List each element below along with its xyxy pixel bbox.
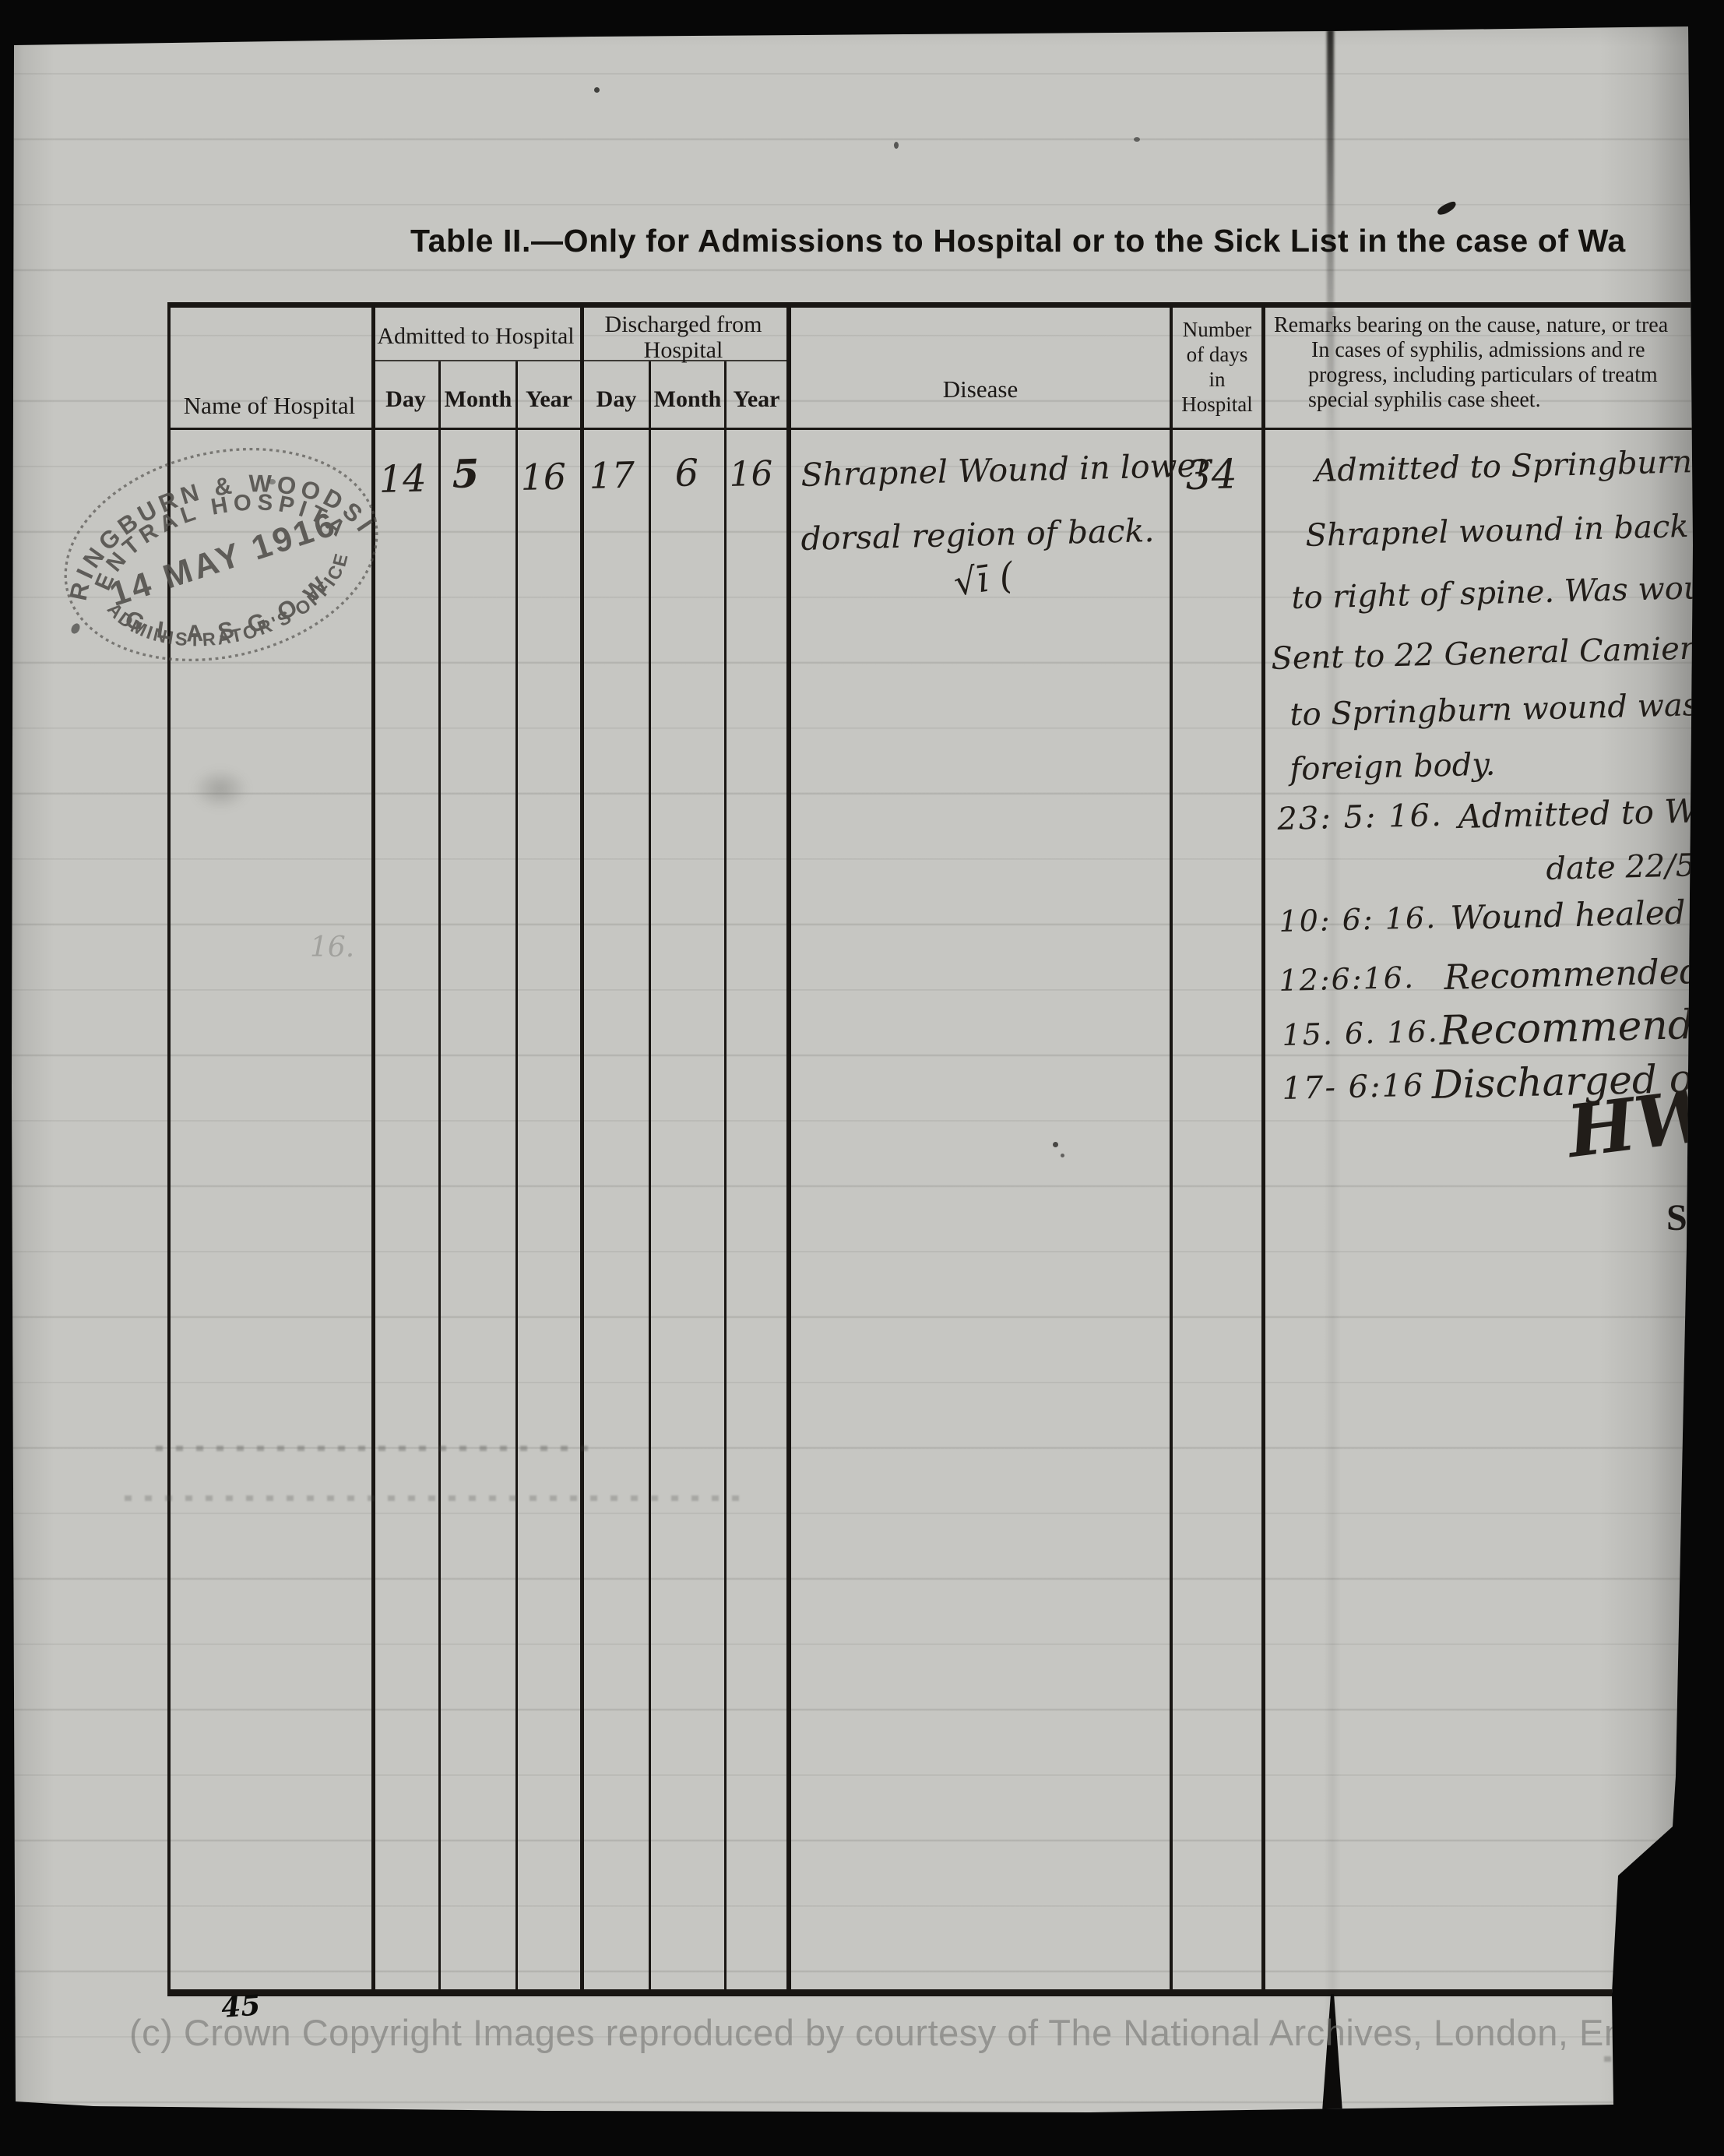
ink-speck — [1134, 137, 1140, 142]
admitted-day-value: 14 — [378, 460, 427, 498]
ink-speck — [894, 142, 899, 149]
header-admitted-group: Admitted to Hospital — [373, 323, 579, 350]
dust-speckle-row — [125, 1495, 748, 1501]
header-discharged-group-line1: Discharged from — [582, 312, 785, 338]
ink-speck — [269, 479, 276, 484]
remark-line-11: Recommended — [1439, 1003, 1724, 1052]
col-line-dis-month-year — [724, 361, 727, 1992]
surgeon-signature: HW — [1564, 1079, 1719, 1168]
stain-smudge — [192, 768, 249, 810]
admitted-year-value: 16 — [520, 459, 567, 495]
discharged-month-value: 6 — [674, 454, 699, 492]
header-dis-month: Month — [651, 386, 724, 413]
scanned-document: Table II.—Only for Admissions to Hospita… — [0, 0, 1724, 2156]
discharged-year-value: 16 — [729, 457, 773, 492]
remark-line-10: Recommended for — [1444, 953, 1724, 995]
remark-line-6: foreign body. — [1289, 749, 1496, 785]
col-line-adm-month-year — [515, 361, 518, 1992]
remark-line-8: date 22/5/16. — [1546, 848, 1724, 885]
fold-crease-middle — [1324, 312, 1341, 2025]
header-days-line3: in — [1173, 368, 1261, 392]
header-dis-day: Day — [584, 386, 649, 413]
header-discharged-group-line2: Hospital — [582, 337, 785, 364]
ink-speck — [1053, 1142, 1058, 1147]
remark-line-3: to right of spine. Was wou — [1291, 572, 1704, 614]
copyright-watermark: (c) Crown Copyright Images reproduced by… — [129, 2011, 1716, 2054]
header-adm-day: Day — [373, 386, 438, 413]
discharged-day-value: 17 — [589, 457, 635, 494]
admitted-month-value: 5 — [452, 454, 480, 494]
remark-line-7: Admitted to Wa — [1458, 794, 1715, 833]
ghost-writing: 16. — [310, 932, 354, 964]
dust-speckle-row — [1604, 2056, 1690, 2062]
remark-date-11: 15. 6. 16. — [1282, 1016, 1439, 1050]
ink-speck — [594, 87, 600, 93]
remark-line-5: to Springburn wound was dise — [1289, 688, 1724, 731]
remark-date-9: 10: 6: 16. — [1279, 903, 1437, 936]
hospital-stamp: SPRINGBURN & WOODSIDE CENTRAL HOSPITAL 1… — [30, 406, 413, 704]
col-line-disease-days — [1170, 304, 1173, 1992]
header-remarks-line4: special syphilis case sheet. — [1308, 388, 1541, 413]
header-remarks-line3: progress, including particulars of treat… — [1308, 363, 1658, 388]
ink-speck — [1436, 200, 1458, 217]
col-line-adm-day-month — [438, 361, 441, 1992]
header-adm-year: Year — [518, 386, 580, 413]
header-days-line2: of days — [1173, 343, 1261, 367]
remark-line-2: Shrapnel wound in back ( t — [1305, 510, 1724, 551]
col-line-admitted-discharged — [580, 304, 584, 1992]
header-disease: Disease — [791, 375, 1170, 403]
days-in-hospital-value: 34 — [1185, 454, 1237, 496]
remark-date-10: 12:6:16. — [1279, 963, 1415, 995]
col-line-dis-day-month — [649, 361, 651, 1992]
remark-line-9: Wound healed : — [1450, 896, 1707, 935]
disease-line1: Shrapnel Wound in lower — [800, 449, 1212, 491]
remark-date-12: 17- 6:16 — [1282, 1070, 1425, 1104]
header-dis-year: Year — [727, 386, 786, 413]
page-title: Table II.—Only for Admissions to Hospita… — [410, 223, 1626, 259]
disease-line2: dorsal region of back. — [800, 515, 1155, 555]
col-line-days-remarks — [1261, 304, 1265, 1992]
remark-line-1: Admitted to Springburn Hosp — [1314, 444, 1724, 487]
remark-date-7: 23: 5: 16. — [1277, 800, 1443, 835]
table-top-border — [167, 302, 1693, 308]
dust-speckle-row — [156, 1446, 592, 1451]
header-remarks-line2: In cases of syphilis, admissions and re — [1311, 338, 1645, 363]
paper-sheet: Table II.—Only for Admissions to Hospita… — [0, 0, 1724, 2156]
col-line-year-disease — [786, 304, 791, 1992]
surgeon-s-mark: S — [1666, 1196, 1687, 1239]
header-adm-month: Month — [441, 386, 515, 413]
header-days-line1: Number — [1173, 318, 1261, 342]
header-days-line4: Hospital — [1173, 393, 1261, 417]
disease-check-mark: √ī ( — [952, 557, 1015, 601]
header-bottom-line — [167, 428, 1693, 430]
table-bottom-border — [167, 1989, 1693, 1996]
